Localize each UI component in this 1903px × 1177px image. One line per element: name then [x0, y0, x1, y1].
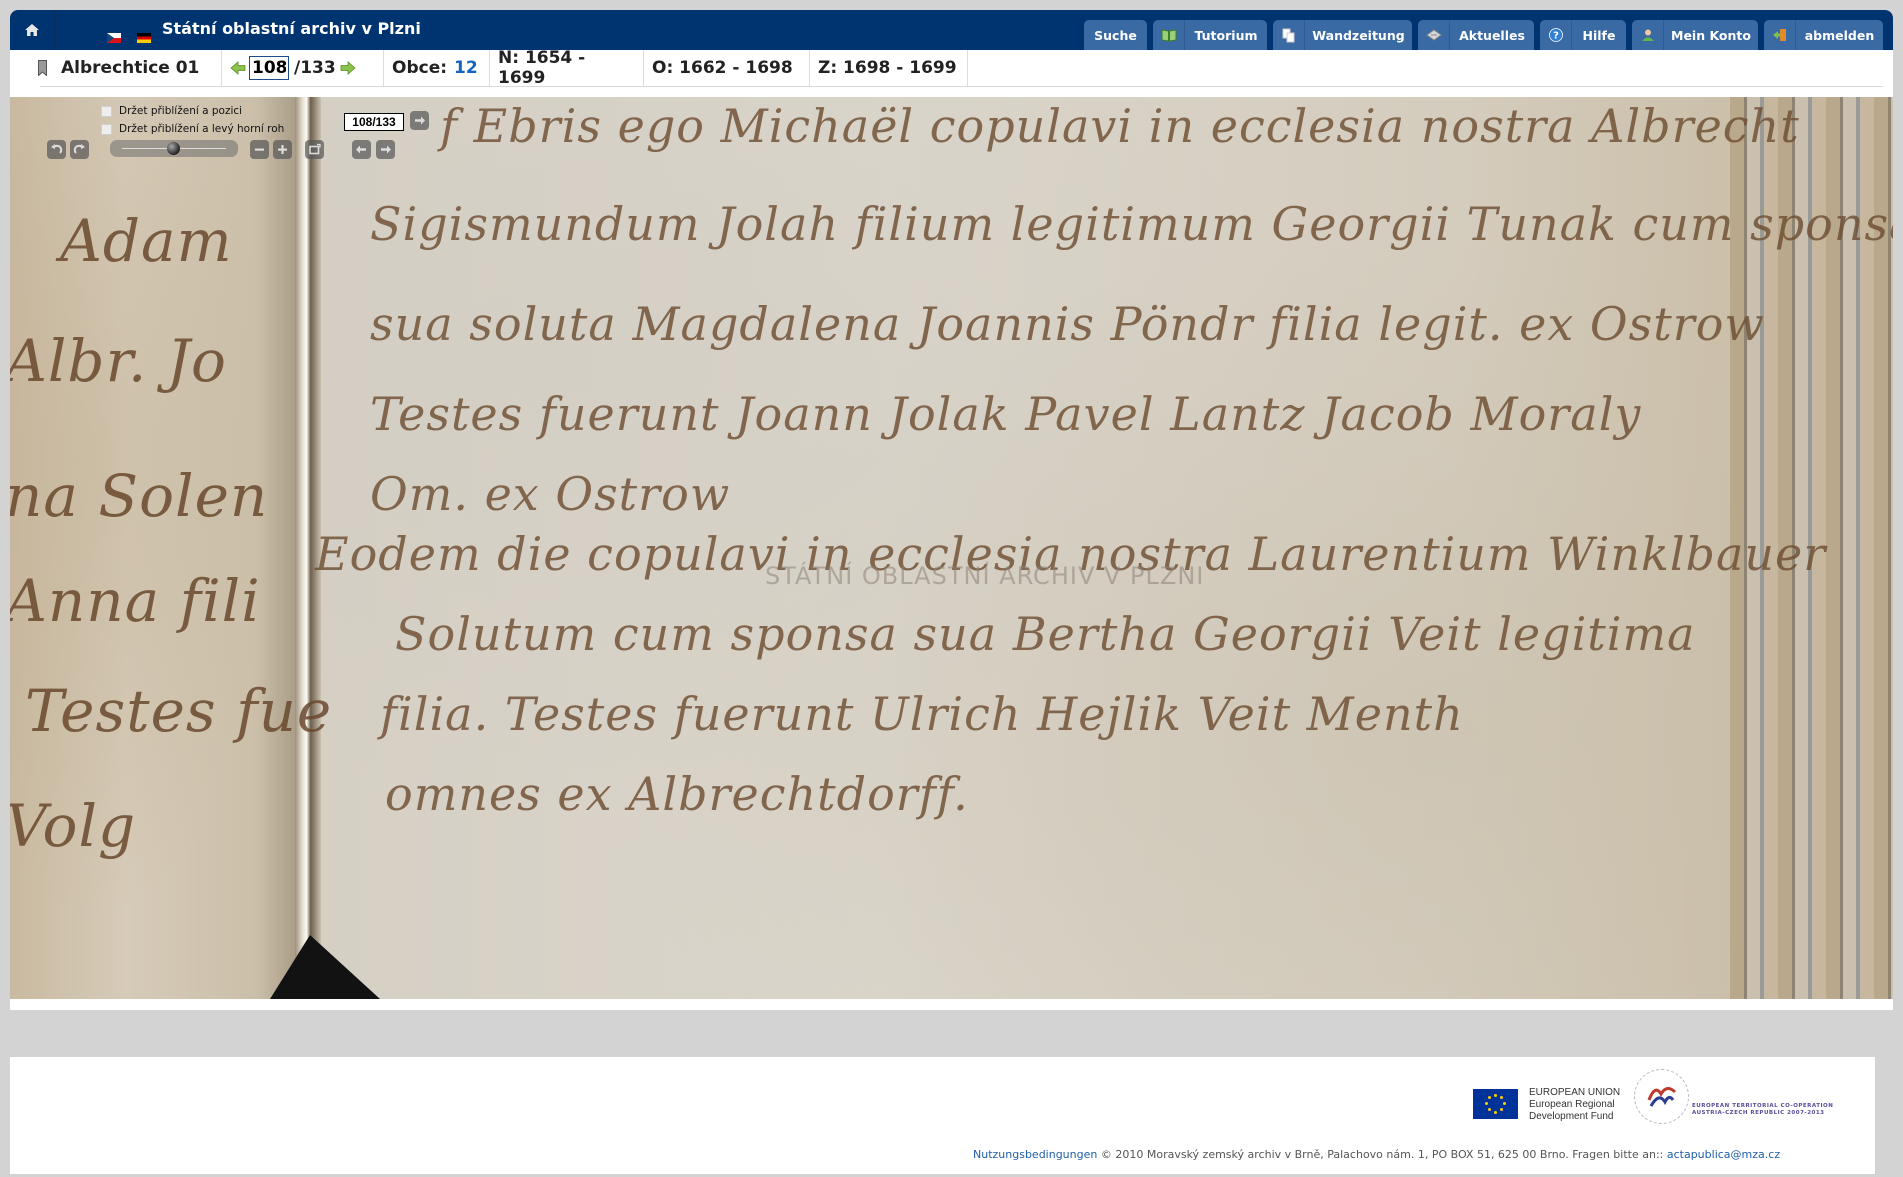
svg-text:?: ?	[1553, 31, 1559, 42]
marriage-range: O: 1662 - 1698	[652, 58, 793, 78]
checkbox-box[interactable]	[101, 124, 112, 135]
manuscript-text: f Ebris ego Michaël copulavi in ecclesia…	[440, 99, 1800, 153]
logout-door-icon	[1772, 28, 1788, 42]
birth-range: N: 1654 - 1699	[498, 48, 635, 88]
checkbox-label: Držet přiblížení a pozici	[119, 105, 242, 117]
manuscript-text: Om. ex Ostrow	[370, 467, 730, 521]
book-icon	[1161, 29, 1177, 42]
nav-tab-aktuelles[interactable]: Aktuelles	[1418, 20, 1534, 50]
manuscript-text: Adam	[60, 207, 233, 275]
arrow-right-icon	[413, 114, 426, 127]
fit-to-window-button[interactable]	[305, 140, 324, 159]
next-page-arrow-icon[interactable]	[340, 61, 356, 75]
eu-text-line: EUROPEAN UNION	[1529, 1087, 1620, 1099]
coop-text-line: AUSTRIA-CZECH REPUBLIC 2007-2013	[1692, 1110, 1833, 1117]
obce-label: Obce:	[392, 58, 447, 78]
manuscript-text: Albr. Jo	[10, 327, 227, 395]
nav-tab-label: Hilfe	[1572, 28, 1626, 43]
eu-flag-logo	[1473, 1089, 1518, 1119]
keep-zoom-position-checkbox[interactable]: Držet přiblížení a pozici	[101, 105, 242, 117]
obce-count-link[interactable]: 12	[454, 58, 478, 78]
checkbox-label: Držet přiblížení a levý horní roh	[119, 123, 284, 135]
death-range: Z: 1698 - 1699	[818, 58, 957, 78]
manuscript-text: filia. Testes fuerunt Ulrich Hejlik Veit…	[380, 687, 1464, 741]
top-navigation-bar: Státní oblastní archiv v Plzni Suche Tut…	[10, 10, 1893, 50]
page-number-input[interactable]	[249, 56, 289, 80]
nav-tab-label: Suche	[1084, 28, 1147, 43]
total-pages: /133	[294, 58, 336, 78]
birth-range-cell: N: 1654 - 1699	[490, 50, 644, 86]
rotate-left-button[interactable]	[47, 140, 66, 159]
arrow-left-icon	[355, 143, 368, 156]
nav-tab-label: Aktuelles	[1450, 28, 1534, 43]
manuscript-text: Solutum cum sponsa sua Bertha Georgii Ve…	[395, 607, 1696, 661]
slider-knob[interactable]	[167, 142, 180, 155]
czech-flag-icon[interactable]	[107, 33, 121, 43]
eu-text-line: European Regional	[1529, 1099, 1620, 1111]
nav-tab-label: Tutorium	[1185, 28, 1267, 43]
terms-of-use-link[interactable]: Nutzungsbedingungen	[973, 1148, 1097, 1161]
page-footer: EUROPEAN UNION European Regional Develop…	[10, 1057, 1875, 1174]
nav-tab-label: Mein Konto	[1664, 28, 1758, 43]
manuscript-text: Testes fue	[25, 677, 332, 745]
manuscript-text: Testes fuerunt Joann Jolak Pavel Lantz J…	[370, 387, 1641, 441]
arrow-right-icon	[379, 143, 392, 156]
news-icon	[1426, 29, 1442, 41]
divider	[40, 86, 1883, 87]
home-button[interactable]	[10, 10, 55, 50]
nav-tab-suche[interactable]: Suche	[1084, 20, 1147, 50]
rotate-left-icon	[50, 143, 63, 156]
minus-icon	[253, 143, 266, 156]
manuscript-text: omnes ex Albrechtdorff.	[385, 767, 969, 821]
contact-email-link[interactable]: actapublica@mza.cz	[1667, 1148, 1780, 1161]
zoom-out-button[interactable]	[250, 140, 269, 159]
help-icon: ?	[1549, 28, 1563, 42]
obce-cell: Obce: 12	[384, 50, 490, 86]
footer-copyright: Nutzungsbedingungen © 2010 Moravský zems…	[973, 1148, 1780, 1161]
manuscript-text: Volg	[10, 792, 136, 860]
rotate-right-icon	[73, 143, 86, 156]
viewer-go-button[interactable]	[410, 111, 429, 130]
viewer-previous-page-button[interactable]	[352, 140, 371, 159]
viewer-page-counter: 108/133	[344, 113, 404, 131]
fit-window-icon	[308, 143, 321, 156]
nav-tab-tutorium[interactable]: Tutorium	[1153, 20, 1267, 50]
nav-tab-hilfe[interactable]: ? Hilfe	[1540, 20, 1626, 50]
copyright-text: © 2010 Moravský zemský archiv v Brně, Pa…	[1097, 1148, 1667, 1161]
record-title-cell: Albrechtice 01	[30, 50, 222, 86]
nav-tab-abmelden[interactable]: abmelden	[1764, 20, 1883, 50]
plus-icon	[276, 143, 289, 156]
previous-page-arrow-icon[interactable]	[230, 61, 246, 75]
coop-text-line: EUROPEAN TERRITORIAL CO-OPERATION	[1692, 1103, 1833, 1110]
bookmark-icon[interactable]	[38, 60, 47, 76]
page-navigator: /133	[222, 50, 384, 86]
checkbox-box[interactable]	[101, 106, 112, 117]
document-image-viewer[interactable]: Adam Albr. Jo na Solen Anna fili Testes …	[10, 97, 1893, 999]
nav-tab-label: Wandzeitung	[1305, 28, 1412, 43]
record-info-bar: Albrechtice 01 /133 Obce: 12 N: 1654 - 1…	[10, 50, 1893, 97]
cooperation-logo	[1634, 1069, 1689, 1124]
keep-zoom-top-left-checkbox[interactable]: Držet přiblížení a levý horní roh	[101, 123, 284, 135]
manuscript-text: Sigismundum Jolah filium legitimum Georg…	[370, 197, 1893, 251]
nav-tab-wandzeitung[interactable]: Wandzeitung	[1273, 20, 1412, 50]
rotate-right-button[interactable]	[70, 140, 89, 159]
eu-text-line: Development Fund	[1529, 1111, 1620, 1123]
home-icon	[24, 22, 40, 38]
death-range-cell: Z: 1698 - 1699	[810, 50, 968, 86]
user-icon	[1641, 28, 1655, 42]
manuscript-text: Anna fili	[10, 567, 261, 635]
viewer-next-page-button[interactable]	[376, 140, 395, 159]
documents-icon	[1282, 28, 1296, 43]
manuscript-text: sua soluta Magdalena Joannis Pöndr filia…	[370, 297, 1765, 351]
manuscript-text: na Solen	[10, 462, 268, 530]
nav-tab-label: abmelden	[1796, 28, 1883, 43]
cooperation-label: EUROPEAN TERRITORIAL CO-OPERATION AUSTRI…	[1692, 1103, 1833, 1117]
eu-fund-label: EUROPEAN UNION European Regional Develop…	[1529, 1087, 1620, 1123]
record-title: Albrechtice 01	[61, 58, 199, 78]
dancers-icon	[1635, 1070, 1688, 1123]
marriage-range-cell: O: 1662 - 1698	[644, 50, 810, 86]
zoom-slider[interactable]	[110, 140, 238, 157]
gutter-shadow	[270, 935, 380, 999]
viewer-bottom-border	[10, 999, 1893, 1010]
nav-tab-mein-konto[interactable]: Mein Konto	[1632, 20, 1758, 50]
site-title: Státní oblastní archiv v Plzni	[162, 19, 421, 38]
zoom-in-button[interactable]	[273, 140, 292, 159]
german-flag-icon[interactable]	[137, 33, 151, 43]
archive-watermark: STÁTNÍ OBLASTNÍ ARCHIV V PLZNI	[765, 562, 1204, 590]
